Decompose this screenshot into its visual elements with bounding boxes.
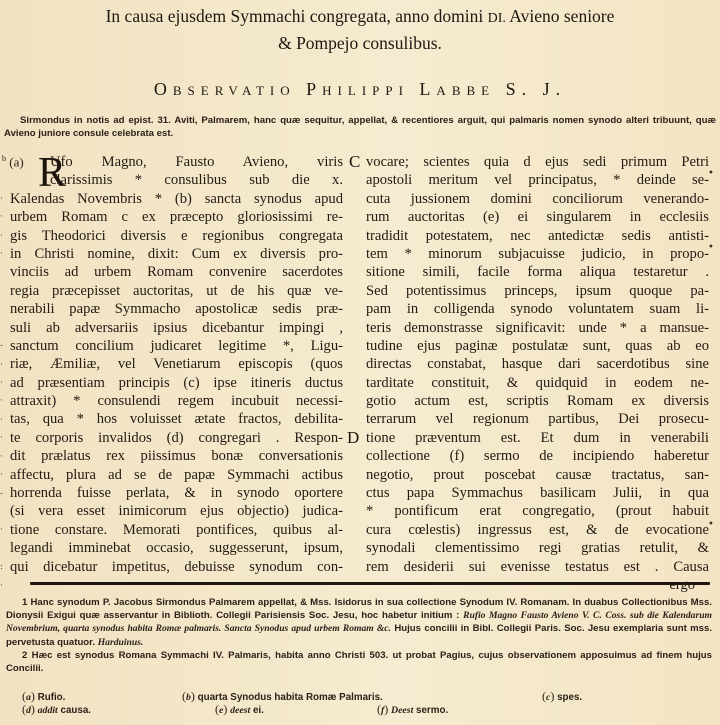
- section-heading: In causa ejusdem Symmachi congregata, an…: [0, 4, 720, 55]
- text-line: tradidit potestatem, nec antedictæ sedis…: [366, 227, 709, 245]
- margin-dot: •: [708, 519, 718, 530]
- text-line: regia præcepisset auctoritas, ut de his …: [10, 282, 343, 300]
- margin-dot: •: [708, 242, 718, 253]
- margin-dot: •: [708, 168, 718, 179]
- text-line: tas, qua * hos voluisset ætate fractos, …: [10, 410, 343, 428]
- text-line: legandi imminebat occasio, suggesserunt,…: [10, 539, 343, 557]
- left-margin-marks: ····-·······-·:·: [0, 190, 10, 595]
- footnote-2: 2 Hæc est synodus Romana Symmachi IV. Pa…: [6, 649, 712, 675]
- variant-readings: (a) Rufio. (b) quarta Synodus habita Rom…: [22, 690, 712, 716]
- catchword: ergo: [366, 576, 709, 594]
- variant-a: (a) Rufio.: [22, 690, 65, 704]
- text-line: nerabili papæ Symmacho apostolicæ sedis …: [10, 300, 343, 318]
- footnote-text: Hæc est synodus Romana Symmachi IV. Palm…: [6, 650, 712, 674]
- variant-text: spes.: [557, 692, 582, 703]
- text-line: (si vera esset inimicorum ejus objectio)…: [10, 502, 343, 520]
- variant-d: (d) addit causa.: [22, 703, 91, 717]
- text-line: sitione simili, facile forma aliqua test…: [366, 263, 709, 281]
- text-line: attraxit) * consulendi regem incubuit ne…: [10, 392, 343, 410]
- text-line: vinciis ad urbem Romam convenire sacerdo…: [10, 263, 343, 281]
- text-line: tione præventum est. Et dum in venerabil…: [366, 429, 709, 447]
- text-line: * pontificum erat congregatio, (prout ha…: [366, 502, 709, 520]
- variant-text: sermo.: [413, 705, 448, 716]
- intro-note: Sirmondus in notis ad epist. 31. Aviti, …: [4, 114, 716, 140]
- text-line: suli ab adversariis ipsius dicebantur im…: [10, 319, 343, 337]
- text-line: gis Theodorici diversis e regionibus con…: [10, 227, 343, 245]
- variant-f: (f) Deest sermo.: [377, 703, 448, 717]
- text-line: gotio actum est, scriptis Romam ex diver…: [366, 392, 709, 410]
- text-line: negotio, prout poscebat causæ tractatus,…: [366, 466, 709, 484]
- text-line: tem * minorum subjacuisse judicio, in pr…: [366, 245, 709, 263]
- variant-b: (b) quarta Synodus habita Romæ Palmaris.: [182, 690, 383, 704]
- text-line: pam in colligenda synodo voluntatem suam…: [366, 300, 709, 318]
- heading-text: Avieno seniore: [506, 6, 615, 26]
- text-line: sanctum concilium judicaret legitime *, …: [10, 337, 343, 355]
- heading-line-1: In causa ejusdem Symmachi congregata, an…: [0, 4, 720, 31]
- text-line: ad præsentiam principis (c) ipse itineri…: [10, 374, 343, 392]
- text-line: urbem Romam c ex præcepto gloriosissimi …: [10, 208, 343, 226]
- text-line: synodali clementissimo regi gratias retu…: [366, 539, 709, 557]
- text-line: in Christi nomine, dixit: Cum ex diversi…: [10, 245, 343, 263]
- text-line: qui dicebatur impetitus, debuisse synodu…: [10, 558, 343, 576]
- text-line: affectu, plura ad se de papæ Symmachi ac…: [10, 466, 343, 484]
- footnote-number: 1: [22, 597, 27, 608]
- text-line: apostoli meritum vel principatus, * dein…: [366, 171, 709, 189]
- variant-text: causa.: [58, 705, 91, 716]
- text-line: riæ, Æmiliæ, vel Venetiarum episcopis (q…: [10, 355, 343, 373]
- text-line: clarissimis * consulibus sub die x.: [10, 171, 343, 189]
- heading-text: In causa ejusdem Symmachi congregata, an…: [106, 6, 488, 26]
- text-line: rem desiderii sui evenisse testatus est …: [366, 558, 709, 576]
- text-line: dit prælatus rex piissimus bonæ conversa…: [10, 447, 343, 465]
- variant-text: Rufio.: [38, 692, 66, 703]
- variant-row: (a) Rufio. (b) quarta Synodus habita Rom…: [22, 690, 712, 703]
- margin-letter-d: D: [347, 428, 359, 448]
- right-column: vocare; scientes quia d ejus sedi primum…: [366, 153, 709, 594]
- text-line: vocare; scientes quia d ejus sedi primum…: [366, 153, 709, 171]
- variant-italic: deest: [230, 705, 250, 716]
- text-line: cuta jussionem domini conciliorum venera…: [366, 190, 709, 208]
- variant-italic: addit: [38, 705, 58, 716]
- variant-e: (e) deest ei.: [215, 703, 264, 717]
- text-line: terrarum vel regionum partibus, Dei pros…: [366, 410, 709, 428]
- footnote-rule: [30, 582, 710, 585]
- margin-dot: ····-·······-·:·: [0, 194, 3, 591]
- footnotes: 1 Hanc synodum P. Jacobus Sirmondus Palm…: [6, 596, 712, 675]
- text-line: collectione (f) sermo de incipiendo habe…: [366, 447, 709, 465]
- variant-text: ei.: [250, 705, 264, 716]
- left-column: Ufo Magno, Fausto Avieno, viris clarissi…: [10, 153, 343, 576]
- text-line: rum auctoritas (e) ei singularem in eccl…: [366, 208, 709, 226]
- text-line: Ufo Magno, Fausto Avieno, viris: [10, 153, 343, 171]
- text-line: Sed potentissimus princeps, ipsum quoque…: [366, 282, 709, 300]
- text-line: Kalendas Novembris * (b) sancta synodus …: [10, 190, 343, 208]
- heading-line-2: & Pompejo consulibus.: [0, 31, 720, 55]
- margin-letter-c: C: [349, 152, 360, 172]
- footnote-1: 1 Hanc synodum P. Jacobus Sirmondus Palm…: [6, 596, 712, 649]
- text-line: cura cœlestis) ingressus est, & de evoca…: [366, 521, 709, 539]
- book-page: In causa ejusdem Symmachi congregata, an…: [0, 0, 720, 725]
- variant-italic: Deest: [391, 705, 413, 716]
- footnote-author: Harduinus.: [98, 637, 144, 648]
- text-line: tudine ejus paginæ postulatæ sunt, quas …: [366, 337, 709, 355]
- observatio-title: Observatio Philippi Labbe S. J.: [0, 79, 720, 100]
- text-line: ctus papa Symmachus basilicam Julii, in …: [366, 484, 709, 502]
- footnote-number: 2: [22, 650, 27, 661]
- text-line: te corporis invalidos (d) congregari . R…: [10, 429, 343, 447]
- text-line: tarditate constituit, & quidquid in eode…: [366, 374, 709, 392]
- variant-c: (c) spes.: [542, 690, 582, 704]
- text-line: directas constabat, hasque dari sacerdot…: [366, 355, 709, 373]
- sigla-sup: b: [2, 154, 6, 163]
- text-line: horrenda fuisse perlata, & in synodo opo…: [10, 484, 343, 502]
- variant-row: (d) addit causa. (e) deest ei. (f) Deest…: [22, 703, 712, 716]
- heading-year: DI.: [488, 11, 506, 26]
- text-line: tione constare. Memorati pontifices, qui…: [10, 521, 343, 539]
- text-line: teris demonstrasse significavit: unde * …: [366, 319, 709, 337]
